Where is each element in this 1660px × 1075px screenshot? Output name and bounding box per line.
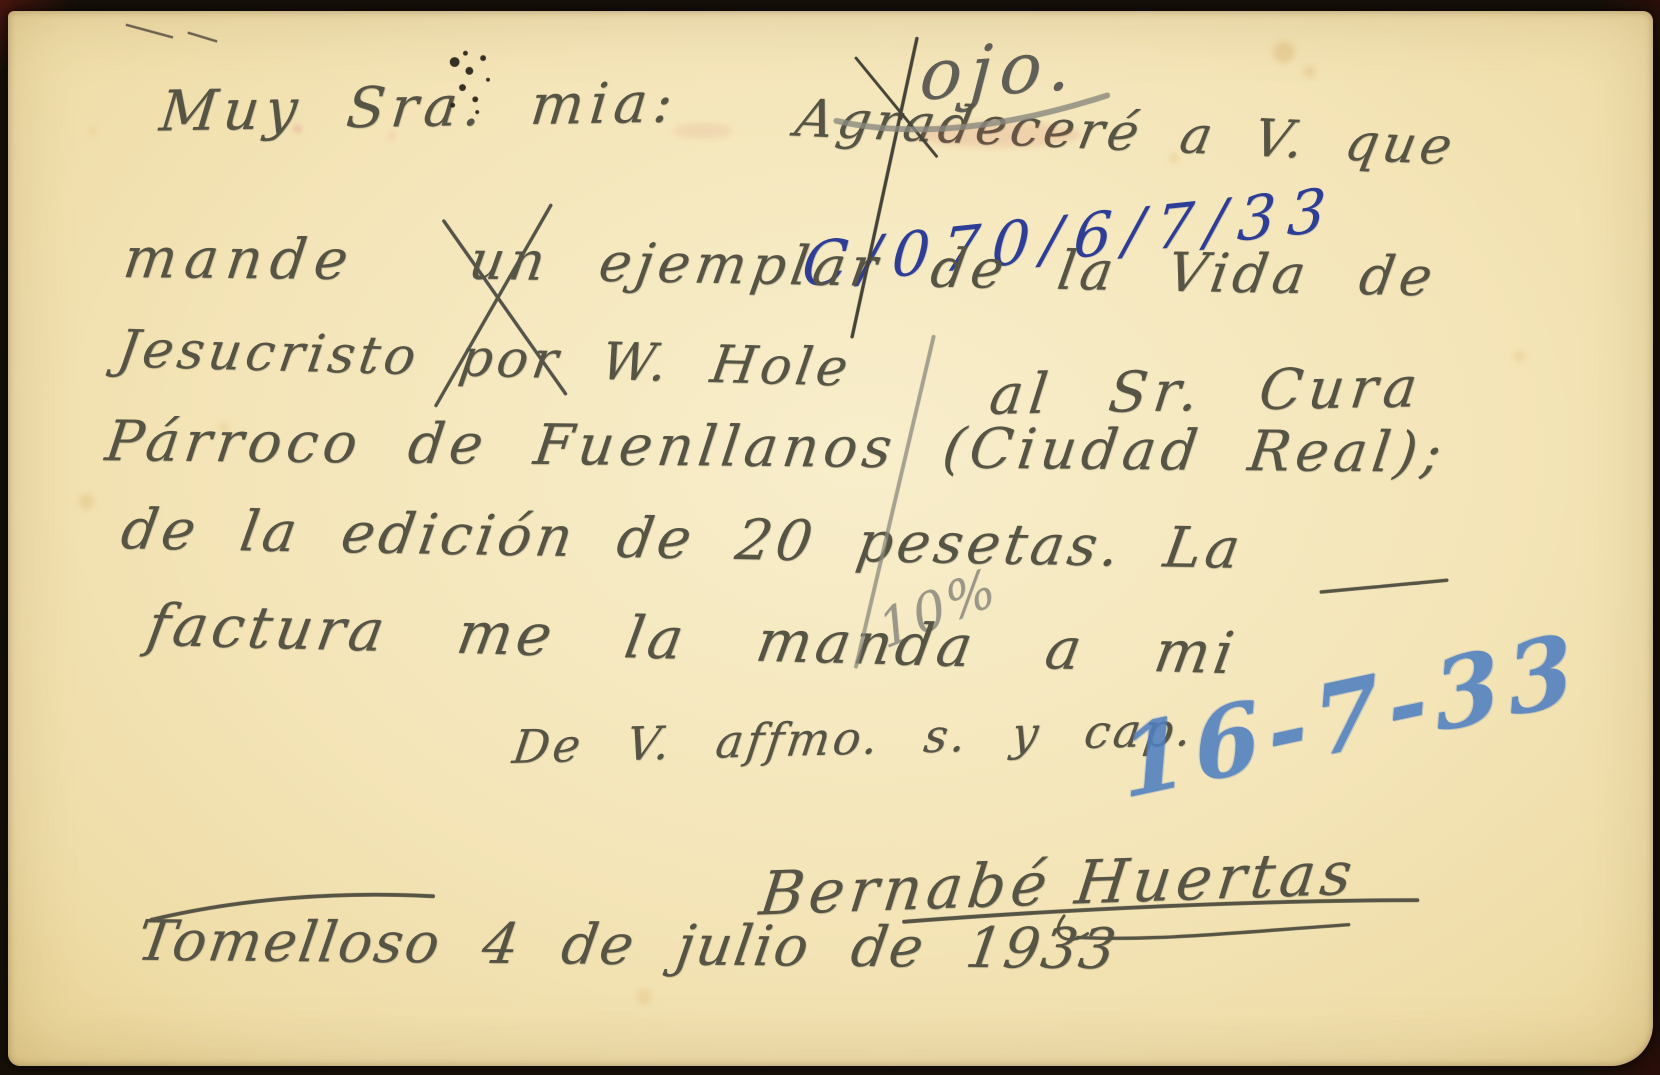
edge-scuff-marks [126,25,217,42]
postcard-paper: ojo. Muy Sra. mia: Agradeceré a V. que C… [8,11,1653,1066]
body-line-opening: Agradeceré a V. que [791,89,1461,177]
body-line-6: factura me la manda a mi [143,591,1243,687]
salutation-line: Muy Sra. mia: [157,70,682,144]
scanned-postcard-image: ojo. Muy Sra. mia: Agradeceré a V. que C… [0,0,1660,1075]
body-line-2-word: mande [120,226,360,293]
place-and-date-line: Tomelloso 4 de julio de 1933 [133,909,1122,982]
body-line-5: de la edición de 20 pesetas. La [117,497,1248,581]
body-line-4: Párroco de Fuenllanos (Ciudad Real); [102,409,1450,486]
closing-line: De V. affmo. s. y cap. [510,702,1198,774]
body-line-3-left: Jesucristo por W. Hole [114,320,856,399]
